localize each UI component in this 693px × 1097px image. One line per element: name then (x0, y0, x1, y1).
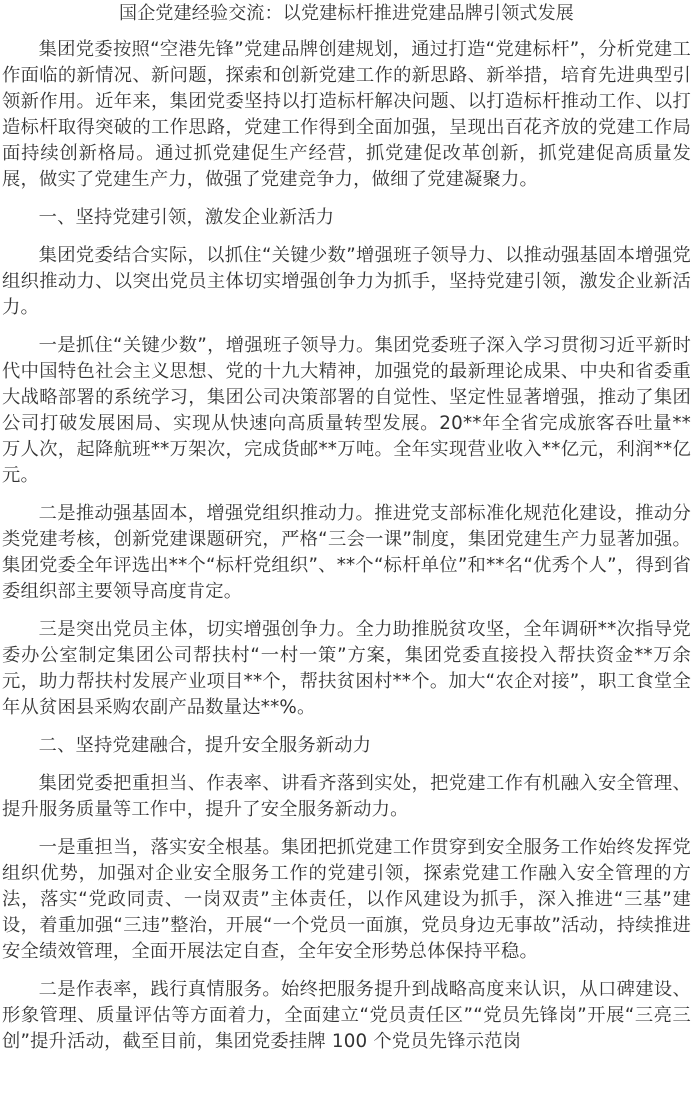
document: 国企党建经验交流：以党建标杆推进党建品牌引领式发展 集团党委按照“空港先锋”党建… (0, 1, 693, 1055)
section-1-point-2: 二是推动强基固本，增强党组织推动力。推进党支部标准化规范化建设，推动分类党建考核… (2, 501, 691, 605)
section-2-intro: 集团党委把重担当、作表率、讲看齐落到实处，把党建工作有机融入安全管理、提升服务质… (2, 771, 691, 823)
section-heading-1: 一、坚持党建引领，激发企业新活力 (2, 205, 691, 231)
section-1-intro: 集团党委结合实际，以抓住“关键少数”增强班子领导力、以推动强基固本增强党组织推动… (2, 243, 691, 321)
intro-paragraph: 集团党委按照“空港先锋”党建品牌创建规划，通过打造“党建标杆”，分析党建工作面临… (2, 37, 691, 193)
section-1-point-1: 一是抓住“关键少数”，增强班子领导力。集团党委班子深入学习贯彻习近平新时代中国特… (2, 333, 691, 489)
document-title: 国企党建经验交流：以党建标杆推进党建品牌引领式发展 (2, 1, 691, 27)
section-2-point-2: 二是作表率，践行真情服务。始终把服务提升到战略高度来认识，从口碑建设、形象管理、… (2, 977, 691, 1055)
section-2-point-1: 一是重担当，落实安全根基。集团把抓党建工作贯穿到安全服务工作始终发挥党组织优势，… (2, 835, 691, 965)
section-1-point-3: 三是突出党员主体，切实增强创争力。全力助推脱贫攻坚，全年调研**次指导党委办公室… (2, 617, 691, 721)
section-heading-2: 二、坚持党建融合，提升安全服务新动力 (2, 733, 691, 759)
